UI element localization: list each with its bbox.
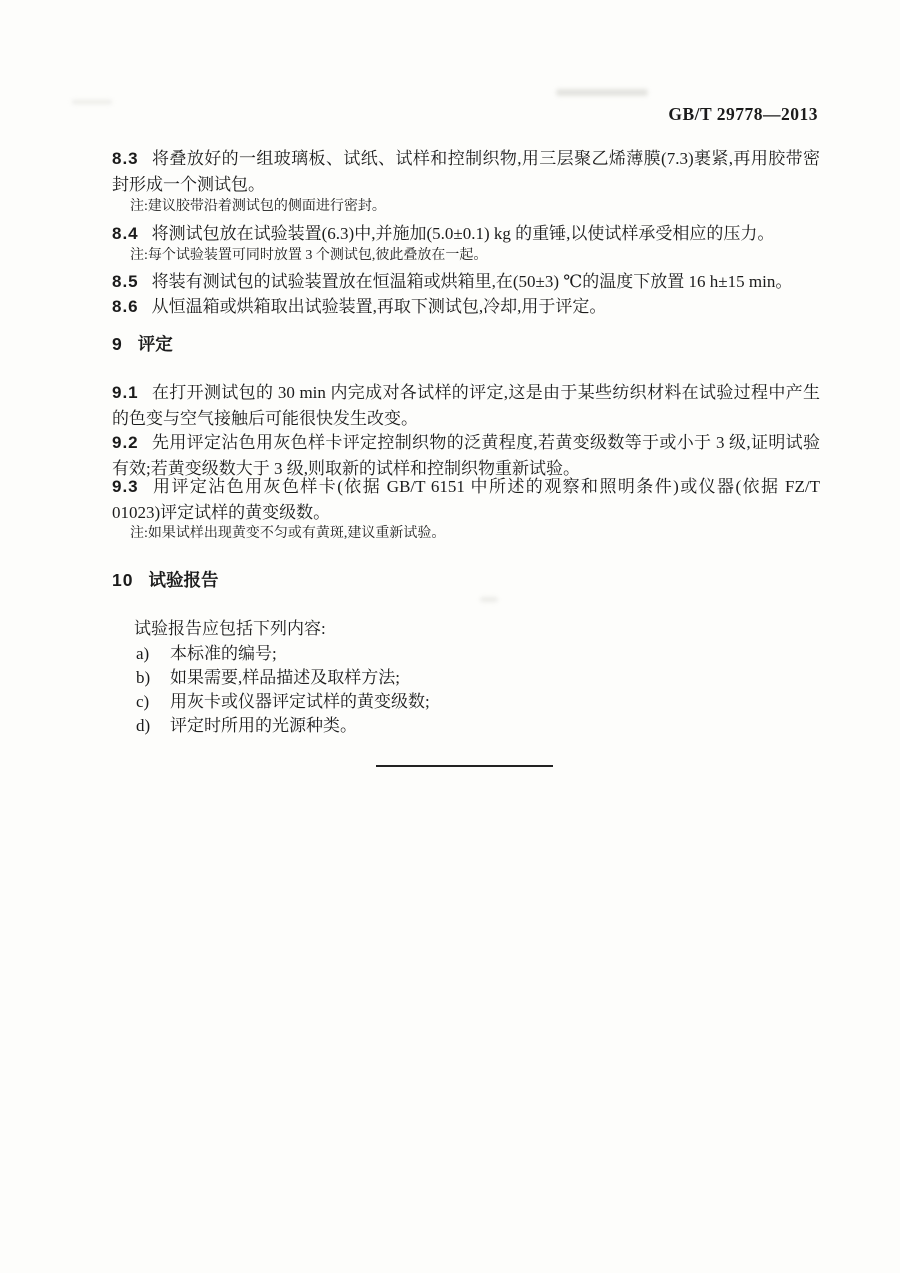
section-9-heading: 9评定 [112, 331, 173, 356]
clause-text: 将装有测试包的试验装置放在恒温箱或烘箱里,在(50±3) ℃的温度下放置 16 … [152, 272, 793, 291]
clause-number: 8.5 [112, 272, 139, 291]
item-text: 评定时所用的光源种类。 [170, 716, 357, 735]
clause-8-4: 8.4将测试包放在试验装置(6.3)中,并施加(5.0±0.1) kg 的重锤,… [112, 221, 820, 247]
scan-artifact [72, 100, 112, 104]
report-item-b: b)如果需要,样品描述及取样方法; [136, 666, 400, 690]
section-number: 10 [112, 570, 133, 590]
item-label: d) [136, 714, 170, 738]
clause-number: 8.3 [112, 149, 139, 168]
scan-artifact [480, 597, 498, 602]
clause-text: 将测试包放在试验装置(6.3)中,并施加(5.0±0.1) kg 的重锤,以使试… [152, 224, 775, 243]
item-text: 如果需要,样品描述及取样方法; [170, 668, 400, 687]
item-label: b) [136, 666, 170, 690]
clause-text: 从恒温箱或烘箱取出试验装置,再取下测试包,冷却,用于评定。 [152, 297, 607, 316]
item-text: 用灰卡或仪器评定试样的黄变级数; [170, 692, 430, 711]
item-label: a) [136, 642, 170, 666]
section-number: 9 [112, 334, 123, 354]
standard-number-header: GB/T 29778—2013 [668, 104, 818, 125]
section-title: 试验报告 [148, 570, 218, 590]
clause-number: 9.1 [112, 383, 139, 402]
report-item-a: a)本标准的编号; [136, 642, 277, 666]
clause-9-3-note: 注:如果试样出现黄变不匀或有黄斑,建议重新试验。 [130, 524, 820, 543]
clause-number: 9.2 [112, 433, 139, 452]
section-title: 评定 [138, 334, 173, 354]
report-intro: 试验报告应包括下列内容: [134, 617, 326, 641]
clause-8-5: 8.5将装有测试包的试验装置放在恒温箱或烘箱里,在(50±3) ℃的温度下放置 … [112, 269, 820, 295]
clause-9-1: 9.1在打开测试包的 30 min 内完成对各试样的评定,这是由于某些纺织材料在… [112, 380, 820, 432]
item-label: c) [136, 690, 170, 714]
clause-text: 在打开测试包的 30 min 内完成对各试样的评定,这是由于某些纺织材料在试验过… [112, 383, 820, 428]
report-item-d: d)评定时所用的光源种类。 [136, 714, 357, 738]
item-text: 本标准的编号; [170, 644, 277, 663]
clause-number: 8.4 [112, 224, 139, 243]
scan-artifact [556, 89, 648, 96]
clause-text: 用评定沾色用灰色样卡(依据 GB/T 6151 中所述的观察和照明条件)或仪器(… [112, 477, 820, 522]
clause-8-6: 8.6从恒温箱或烘箱取出试验装置,再取下测试包,冷却,用于评定。 [112, 294, 820, 320]
clause-number: 8.6 [112, 297, 139, 316]
clause-8-3-note: 注:建议胶带沿着测试包的侧面进行密封。 [130, 197, 820, 216]
end-of-document-rule [376, 765, 553, 767]
clause-text: 先用评定沾色用灰色样卡评定控制织物的泛黄程度,若黄变级数等于或小于 3 级,证明… [112, 433, 820, 478]
clause-9-3: 9.3用评定沾色用灰色样卡(依据 GB/T 6151 中所述的观察和照明条件)或… [112, 474, 820, 526]
document-page: GB/T 29778—2013 8.3将叠放好的一组玻璃板、试纸、试样和控制织物… [0, 0, 900, 1273]
section-10-heading: 10试验报告 [112, 567, 218, 592]
clause-number: 9.3 [112, 477, 139, 496]
clause-text: 将叠放好的一组玻璃板、试纸、试样和控制织物,用三层聚乙烯薄膜(7.3)裹紧,再用… [112, 149, 820, 194]
clause-8-3: 8.3将叠放好的一组玻璃板、试纸、试样和控制织物,用三层聚乙烯薄膜(7.3)裹紧… [112, 146, 820, 198]
report-item-c: c)用灰卡或仪器评定试样的黄变级数; [136, 690, 430, 714]
clause-8-4-note: 注:每个试验装置可同时放置 3 个测试包,彼此叠放在一起。 [130, 246, 820, 265]
